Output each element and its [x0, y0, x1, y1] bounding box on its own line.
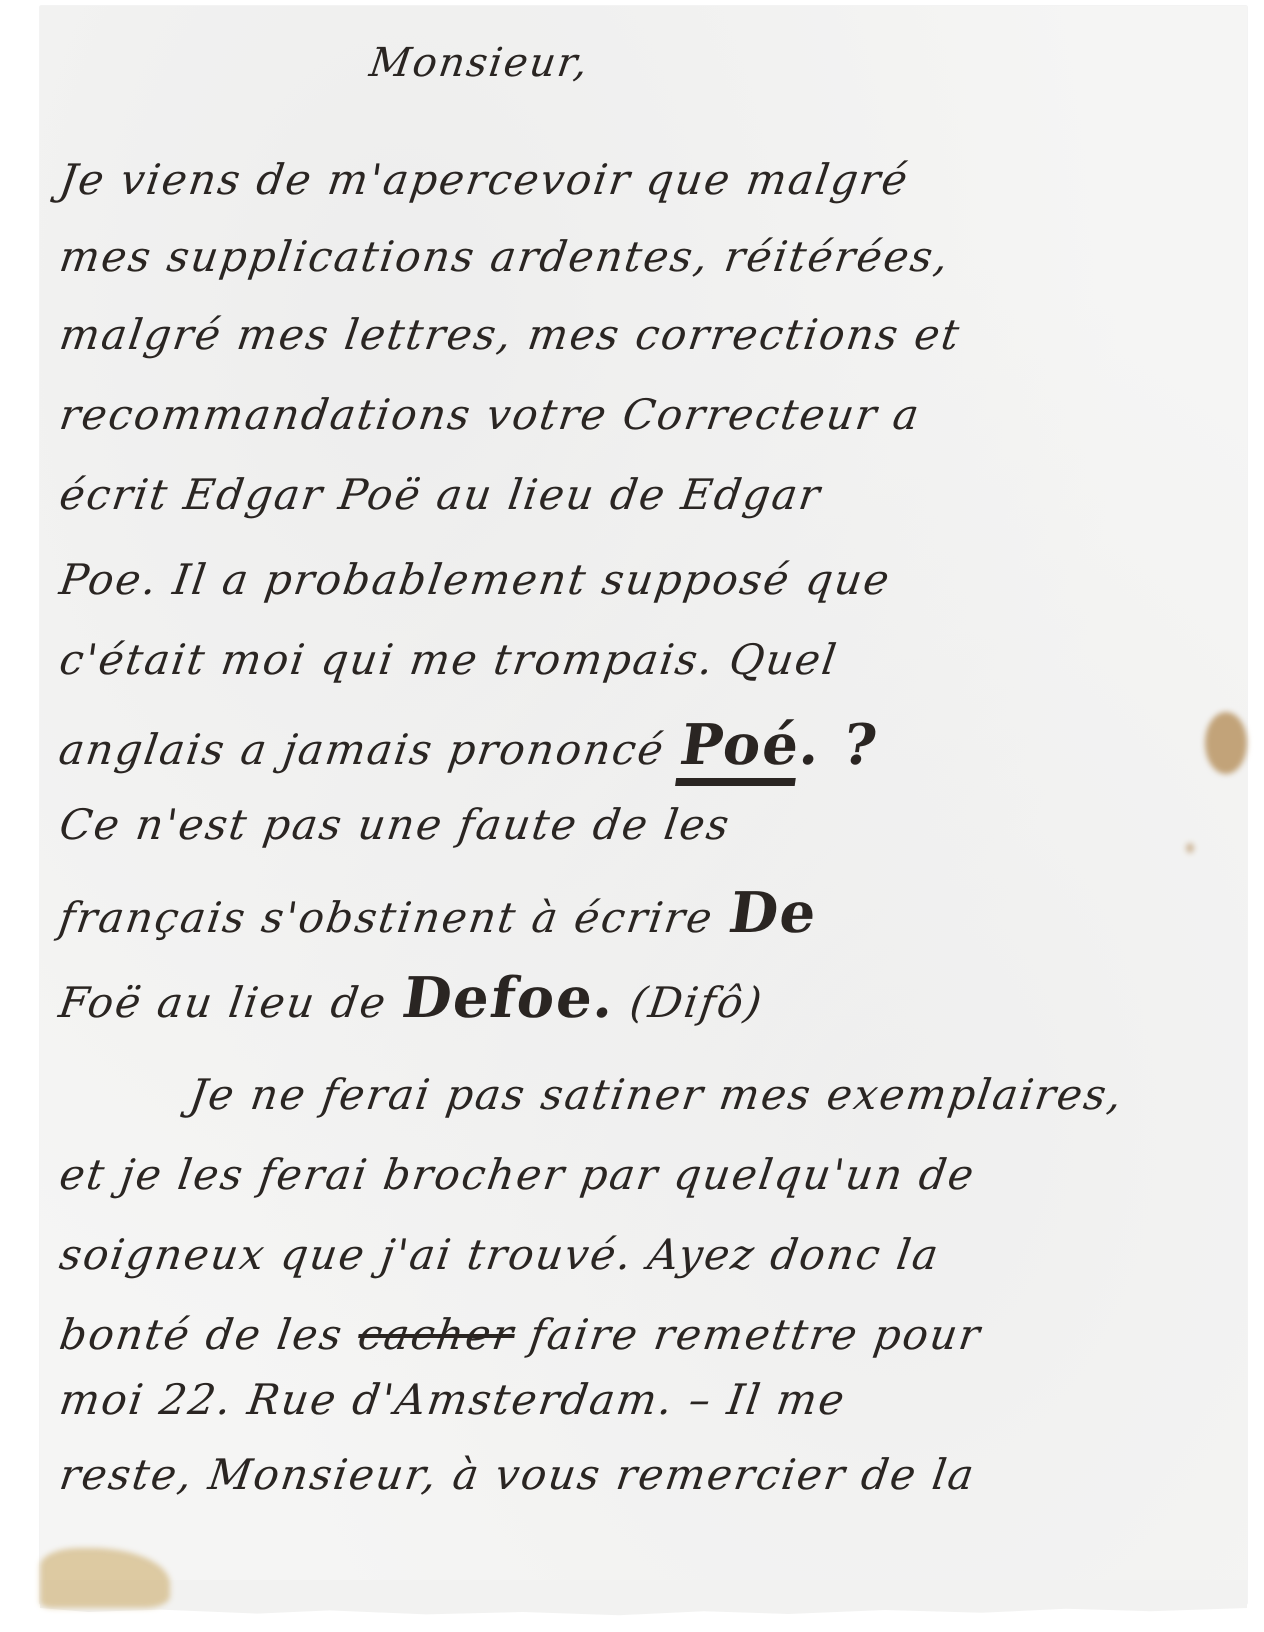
- letter-line-15: bonté de les cacher faire remettre pour: [57, 1310, 985, 1359]
- letter-line-11: Foë au lieu de Defoe. (Difô): [55, 965, 768, 1031]
- ink-stain-right: [1205, 712, 1247, 774]
- letter-line-7: c'était moi qui me trompais. Quel: [57, 635, 841, 684]
- letter-line-8: anglais a jamais prononcé Poé. ?: [55, 712, 883, 778]
- torn-bottom-edge: [40, 1580, 1247, 1620]
- letter-line-5: écrit Edgar Poë au lieu de Edgar: [57, 470, 825, 519]
- poe-underlined: Poé: [676, 712, 805, 778]
- line-15-text: bonté de les: [57, 1310, 347, 1359]
- question-mark: . ?: [796, 712, 883, 778]
- struck-word: cacher: [355, 1310, 518, 1359]
- letter-line-17: reste, Monsieur, à vous remercier de la: [57, 1450, 979, 1499]
- letter-line-14: soigneux que j'ai trouvé. Ayez donc la: [57, 1230, 943, 1279]
- line-15-rest: faire remettre pour: [527, 1310, 985, 1359]
- line-11-text: Foë au lieu de: [56, 978, 391, 1027]
- letter-line-6: Poe. Il a probablement supposé que: [57, 555, 895, 604]
- letter-line-2: mes supplications ardentes, réitérées,: [57, 232, 954, 281]
- letter-line-10: français s'obstinent à écrire De: [55, 880, 822, 946]
- defoe-pronunciation: (Difô): [627, 978, 767, 1027]
- line-10-text: français s'obstinent à écrire: [56, 893, 717, 942]
- letter-line-9: Ce n'est pas une faute de les: [57, 800, 734, 849]
- letter-line-13: et je les ferai brocher par quelqu'un de: [57, 1150, 979, 1199]
- letter-line-4: recommandations votre Correcteur a: [57, 390, 924, 439]
- line-8-text: anglais a jamais prononcé: [56, 725, 668, 774]
- letter-line-12: Je ne ferai pas satiner mes exemplaires,: [187, 1070, 1127, 1119]
- letter-line-16: moi 22. Rue d'Amsterdam. – Il me: [57, 1375, 850, 1424]
- defoe-large: Defoe.: [398, 965, 620, 1031]
- letter-line-1: Je viens de m'apercevoir que malgré: [57, 155, 913, 204]
- salutation: Monsieur,: [367, 40, 592, 86]
- letter-line-3: malgré mes lettres, mes corrections et: [57, 310, 964, 359]
- de-large: De: [725, 880, 822, 946]
- stain-spot: [1186, 843, 1194, 853]
